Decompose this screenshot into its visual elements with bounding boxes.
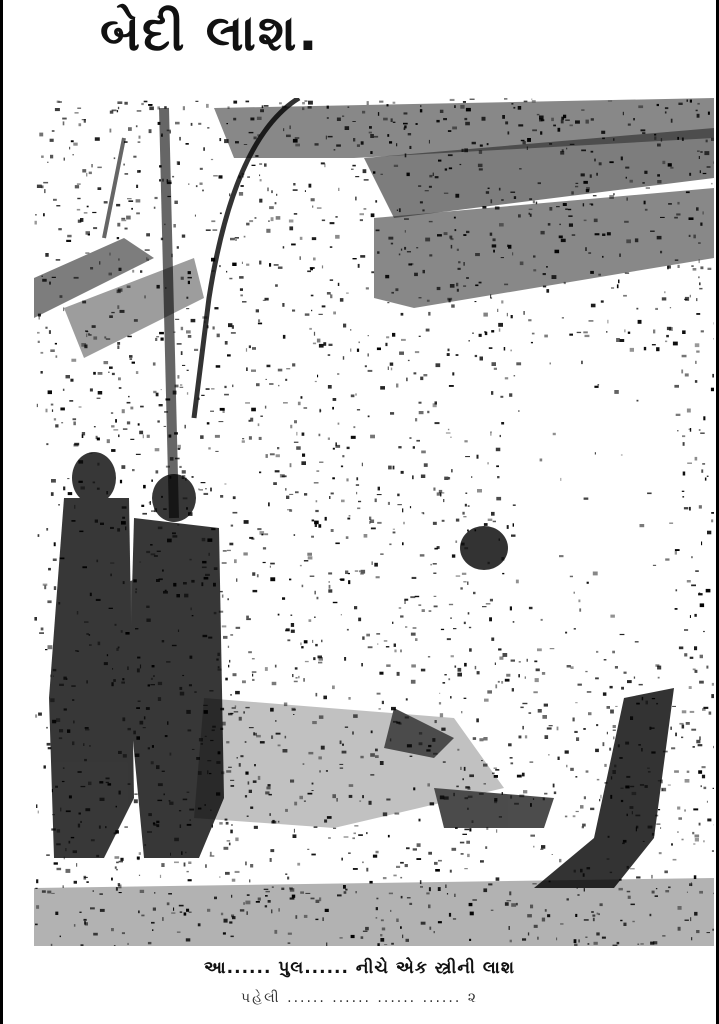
photo-illustration xyxy=(34,98,714,946)
scanned-page: બેદી લાશ. xyxy=(0,0,719,1024)
photo-credit-line: પહેલી ...... ...... ...... ...... ૨ xyxy=(0,990,719,1006)
scan-border-left xyxy=(0,0,3,1024)
headline: બેદી લાશ. xyxy=(100,4,319,63)
halftone-photograph xyxy=(34,98,714,946)
photo-caption: આ...... પુલ...... નીચે એક સ્ત્રીની લાશ xyxy=(0,958,719,978)
